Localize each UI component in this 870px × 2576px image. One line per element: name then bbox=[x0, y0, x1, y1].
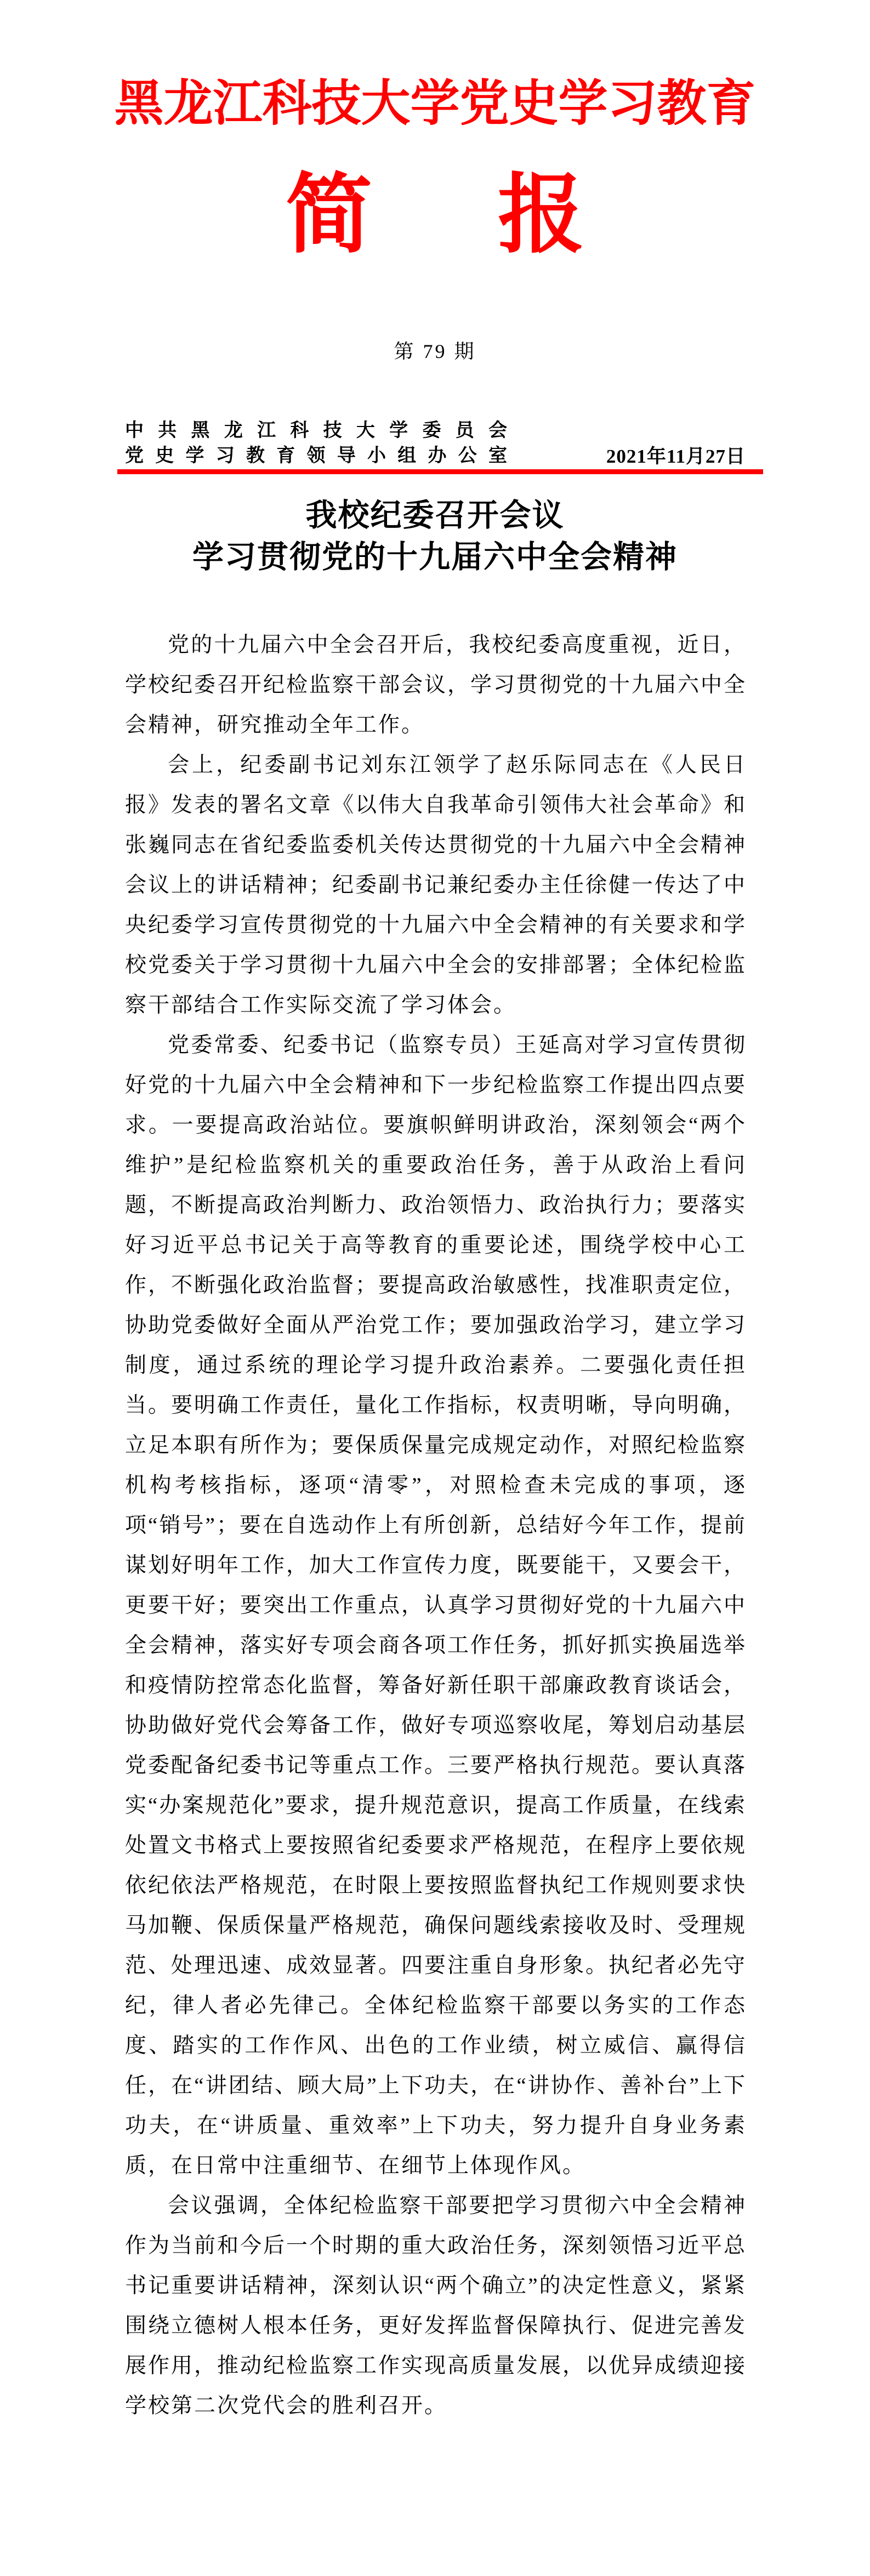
article-body: 党的十九届六中全会召开后，我校纪委高度重视，近日，学校纪委召开纪检监察干部会议，… bbox=[125, 625, 747, 2426]
masthead-divider-rule bbox=[117, 469, 763, 474]
body-paragraph: 会议强调，全体纪检监察干部要把学习贯彻六中全会精神作为当前和今后一个时期的重大政… bbox=[125, 2186, 747, 2426]
body-paragraph: 党委常委、纪委书记（监察专员）王延高对学习宣传贯彻好党的十九届六中全会精神和下一… bbox=[125, 1025, 747, 2186]
body-paragraph: 党的十九届六中全会召开后，我校纪委高度重视，近日，学校纪委召开纪检监察干部会议，… bbox=[125, 625, 747, 745]
article-title-line-1: 我校纪委召开会议 bbox=[0, 494, 870, 536]
article-title-line-2: 学习贯彻党的十九届六中全会精神 bbox=[0, 536, 870, 578]
publisher-block: 中共黑龙江科技大学委员会 党史学习教育领导小组办公室 bbox=[125, 418, 507, 468]
issue-number: 第 79 期 bbox=[0, 339, 870, 364]
publisher-line-1: 中共黑龙江科技大学委员会 bbox=[125, 418, 507, 443]
issue-date: 2021年11月27日 bbox=[606, 444, 746, 469]
masthead-org-title: 黑龙江科技大学党史学习教育 bbox=[0, 77, 870, 132]
masthead-bulletin-name: 简报 bbox=[0, 167, 870, 263]
article-title: 我校纪委召开会议 学习贯彻党的十九届六中全会精神 bbox=[0, 494, 870, 578]
bulletin-page: 黑龙江科技大学党史学习教育 简报 第 79 期 中共黑龙江科技大学委员会 党史学… bbox=[0, 0, 870, 2576]
publisher-line-2: 党史学习教育领导小组办公室 bbox=[125, 443, 507, 468]
body-paragraph: 会上，纪委副书记刘东江领学了赵乐际同志在《人民日报》发表的署名文章《以伟大自我革… bbox=[125, 745, 747, 1025]
